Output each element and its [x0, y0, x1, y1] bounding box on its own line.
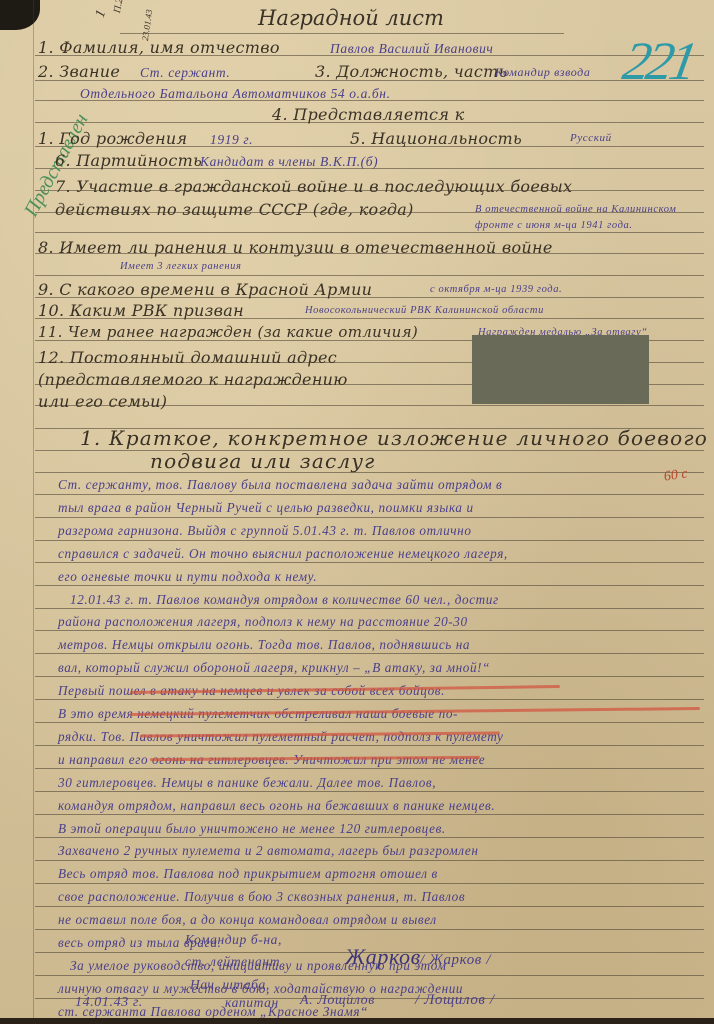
margin-line — [33, 0, 34, 1024]
torn-corner — [0, 0, 40, 30]
ruled-line — [35, 929, 704, 930]
archive-code: П.2. — [112, 0, 126, 14]
ruled-line — [35, 517, 704, 518]
archive-date: 23.01.43 — [140, 9, 154, 42]
field-label-party: 6. Партийность — [55, 153, 202, 169]
field-value-rvk: Новосокольнический РВК Калининской облас… — [305, 306, 544, 317]
field-value-unit: Отдельного Батальона Автоматчиков 54 о.а… — [80, 87, 391, 101]
ruled-line — [35, 722, 704, 723]
narrative-line: разгрома гарнизона. Выйдя с группой 5.01… — [58, 524, 472, 537]
narrative-line: Захвачено 2 ручных пулемета и 2 автомата… — [58, 844, 479, 857]
signatory1-rank: ст. лейтенант — [185, 955, 280, 969]
stamp-number: 221 — [619, 30, 699, 92]
field-value-name: Павлов Василий Иванович — [330, 42, 493, 56]
signatory2-role: Нач. штаба, — [190, 978, 270, 992]
signatory1-name: / Жарков / — [420, 953, 491, 968]
narrative-line: района расположения лагеря, подполз к не… — [58, 615, 468, 628]
ruled-line — [35, 883, 704, 884]
field-label-nominated-for: 4. Представляется к — [272, 107, 464, 123]
narrative-line: справился с задачей. Он точно выяснил ра… — [58, 547, 508, 560]
red-annotation: 60 с — [663, 466, 689, 485]
signatory1-signature: Жарков — [345, 946, 421, 968]
document-title: Наградной лист — [258, 8, 444, 29]
narrative-line: его огневые точки и пути подхода к нему. — [58, 570, 317, 583]
ruled-line — [35, 906, 704, 907]
ruled-line — [35, 745, 704, 746]
signatory2-rank: капитан — [225, 996, 279, 1010]
signatory1-role: Командир б-на, — [185, 933, 282, 947]
civil-war-value: В отечественной войне на Калининском фро… — [475, 202, 705, 234]
field-label-previous-awards: 11. Чем ранее награжден (за какие отличи… — [38, 325, 418, 340]
narrative-line: 12.01.43 г. т. Павлов командуя отрядом в… — [70, 593, 499, 606]
field-value-civil-war: В отечественной войне на Калининском фро… — [475, 202, 705, 234]
narrative-line: командуя отрядом, направил весь огонь на… — [58, 799, 495, 812]
narrative-line: свое расположение. Получив в бою 3 сквоз… — [58, 890, 465, 903]
field-label-rank: 2. Звание — [38, 64, 120, 80]
ruled-line — [35, 676, 704, 677]
field-value-nationality: Русский — [570, 133, 612, 144]
field-label-birth-year: 1. Год рождения — [38, 131, 187, 147]
ruled-line — [35, 608, 704, 609]
ruled-line — [35, 791, 704, 792]
ruled-line — [35, 860, 704, 861]
field-label-name: 1. Фамилия, имя отчество — [38, 40, 280, 56]
field-value-rank: Ст. сержант. — [140, 66, 230, 80]
field-value-wounds: Имеет 3 легких ранения — [120, 262, 242, 273]
ruled-line — [35, 975, 704, 976]
ruled-line — [35, 494, 704, 495]
narrative-line: В этой операции было уничтожено не менее… — [58, 822, 446, 835]
archive-fraction: 1 — [93, 8, 110, 20]
ruled-line — [35, 275, 704, 276]
ruled-line — [35, 562, 704, 563]
field-value-army-since: с октября м-ца 1939 года. — [430, 285, 562, 296]
section-heading-cont: подвига или заслуг — [150, 451, 375, 471]
ruled-line — [35, 814, 704, 815]
narrative-line: не оставил поле боя, а до конца командов… — [58, 913, 437, 926]
field-label-wounds: 8. Имеет ли ранения и контузии в отечест… — [38, 240, 553, 256]
ruled-line — [120, 33, 564, 34]
field-label-nationality: 5. Национальность — [350, 131, 522, 147]
narrative-line: метров. Немцы открыли огонь. Тогда тов. … — [58, 638, 470, 651]
ruled-line — [35, 630, 704, 631]
narrative-line: тыл врага в район Черный Ручей с целью р… — [58, 501, 474, 514]
narrative-line: 30 гитлеровцев. Немцы в панике бежали. Д… — [58, 776, 436, 789]
document-date: 14.01.43 г. — [75, 996, 143, 1010]
field-value-position: Командир взвода — [495, 66, 590, 78]
section-heading: 1. Краткое, конкретное изложение личного… — [80, 428, 708, 448]
field-value-birth-year: 1919 г. — [210, 133, 253, 147]
ruled-line — [35, 585, 704, 586]
ruled-line — [35, 699, 704, 700]
signatory2-name: / Лощилов / — [415, 993, 495, 1008]
field-label-position: 3. Должность, часть — [315, 64, 508, 80]
narrative-line: Ст. сержанту, тов. Павлову была поставле… — [58, 478, 502, 491]
ruled-line — [35, 837, 704, 838]
ruled-line — [35, 768, 704, 769]
field-label-address: 12. Постоянный домашний адрес (представл… — [38, 347, 368, 413]
field-label-rvk: 10. Каким РВК призван — [38, 303, 244, 319]
field-label-army-since: 9. С какого времени в Красной Армии — [38, 282, 372, 298]
redacted-address — [472, 335, 649, 404]
narrative-line: Весь отряд тов. Павлова под прикрытием а… — [58, 867, 438, 880]
field-value-party: Кандидат в члены В.К.П.(б) — [200, 155, 378, 169]
ruled-line — [35, 653, 704, 654]
page-edge — [0, 1018, 714, 1024]
signatory2-signature: А. Лощилов — [300, 994, 375, 1008]
award-sheet-page: 1 П.2. 23.01.43 Представлен 221 60 с Наг… — [0, 0, 714, 1024]
ruled-line — [35, 540, 704, 541]
narrative-line: вал, который служил обороной лагеря, кри… — [58, 661, 490, 674]
